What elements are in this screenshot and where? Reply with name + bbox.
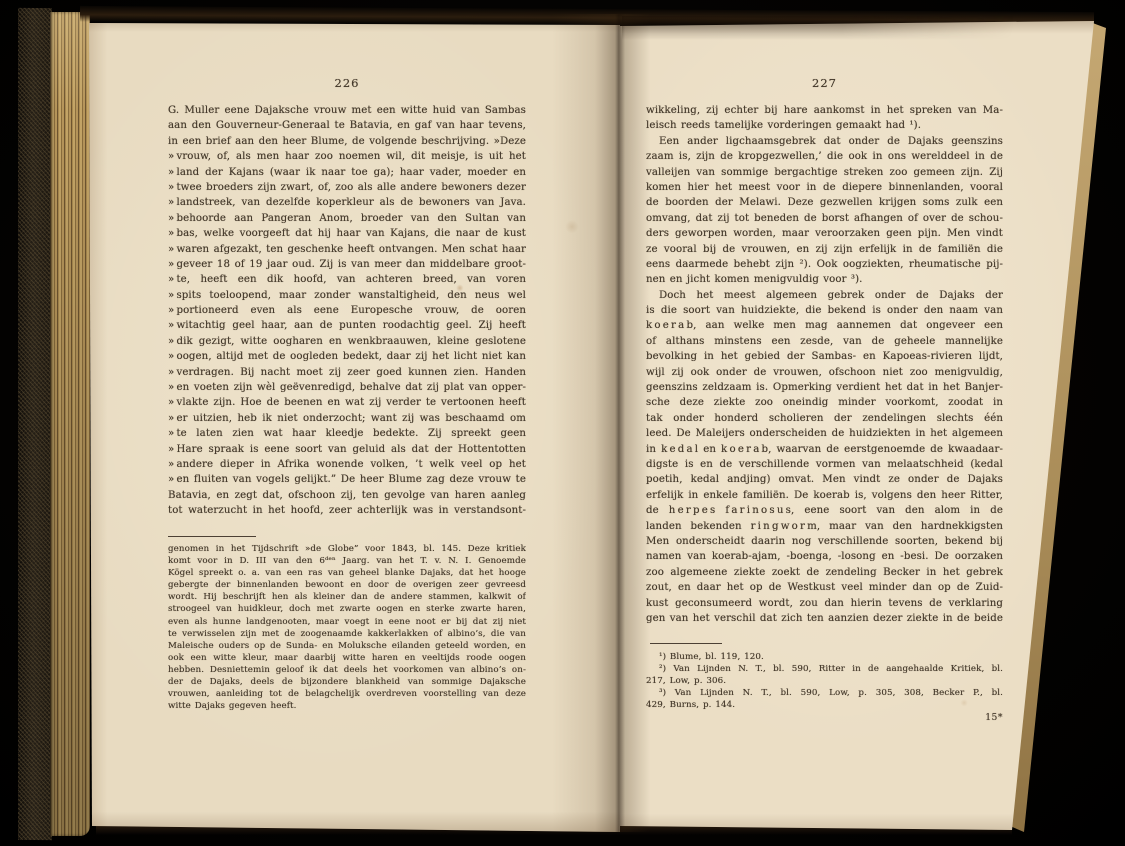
text-line: landen bekenden r i n g w o r m, maar va… bbox=[646, 519, 1003, 534]
text-line: komen hier het meest voor in de diepere … bbox=[646, 180, 1003, 195]
text-line: is die soort van huidziekte, die bekend … bbox=[646, 303, 1003, 318]
text-line: poetih, kedal andjing) omvat. Men vindt … bbox=[646, 472, 1003, 487]
text-line: tak onder honderd scholieren der zendeli… bbox=[646, 411, 1003, 426]
text-line: » vrouw, of, als men haar zoo noemen wil… bbox=[168, 149, 526, 164]
text-line: zout, en daar het op de Westkust veel mi… bbox=[646, 580, 1003, 595]
signature-mark: 15* bbox=[646, 712, 1031, 723]
text-line: zoo algemeene ziekte zoekt de zendeling … bbox=[646, 565, 1003, 580]
text-line: genomen in het Tijdschrift »de Globe” vo… bbox=[168, 543, 526, 555]
text-line: valleijen van sommige bergachtige streke… bbox=[646, 165, 1003, 180]
text-line: » spits toeloopend, maar zonder wanstalt… bbox=[168, 288, 526, 303]
text-line: 429, Burns, p. 144. bbox=[646, 699, 1003, 711]
text-line: gebergte der binnenlanden bewoont en doo… bbox=[168, 579, 526, 591]
text-line: aan den Gouverneur-Generaal te Batavia, … bbox=[168, 118, 526, 133]
text-line: » te, heeft een dik hoofd, van achteren … bbox=[168, 272, 526, 287]
text-line: of althans minstens een zesde, van de ge… bbox=[646, 334, 1003, 349]
text-line: » twee broeders zijn zwart, of, zoo als … bbox=[168, 180, 526, 195]
text-line: even als hunne landgenooten, maar voegt … bbox=[168, 616, 526, 628]
text-line: gen van het verschil dat zich ten aanzie… bbox=[646, 611, 1003, 626]
text-line: » andere dieper in Afrika wonende volken… bbox=[168, 457, 526, 472]
text-line: » dik gezigt, witte oogharen en wenkbraa… bbox=[168, 334, 526, 349]
text-line: wijl zij ook onder de vrouwen, ofschoon … bbox=[646, 365, 1003, 380]
text-line: ders geworpen worden, maar veroorzaken g… bbox=[646, 226, 1003, 241]
text-line: Een ander ligchaamsgebrek dat onder de D… bbox=[646, 134, 1003, 149]
left-footnote-separator bbox=[168, 536, 256, 537]
page-number-right: 227 bbox=[646, 76, 1003, 90]
text-line: Batavia, en zegt dat, ofschoon zij, ten … bbox=[168, 488, 526, 503]
book-cover-cloth-edge bbox=[18, 8, 52, 840]
text-line: » land der Kajans (waar ik naar toe ga);… bbox=[168, 165, 526, 180]
text-line: Kögel spreekt o. a. van een ras van gehe… bbox=[168, 567, 526, 579]
text-line: ook een witte kleur, maar daarbij witte … bbox=[168, 652, 526, 664]
text-line: leed. De Maleijers onderscheiden de huid… bbox=[646, 426, 1003, 441]
text-line: der de Dajaks, deels de bijzondere blank… bbox=[168, 676, 526, 688]
text-line: » verdragen. Bij nacht moet zij zeer goe… bbox=[168, 365, 526, 380]
gilt-page-edges bbox=[50, 12, 90, 836]
text-line: namen van koerab-ajam, -boenga, -losong … bbox=[646, 549, 1003, 564]
text-line: witte Dajaks gegeven heeft. bbox=[168, 700, 526, 712]
text-line: wikkeling, zij echter bij hare aankomst … bbox=[646, 103, 1003, 118]
text-line: kust geconsumeerd wordt, zou dan hierin … bbox=[646, 596, 1003, 611]
text-line: de h e r p e s f a r i n o s u s, eene s… bbox=[646, 503, 1003, 518]
text-line: ²) Van Lijnden N. T., bl. 590, Ritter in… bbox=[646, 663, 1003, 675]
text-line: » witachtig geel haar, aan de punten roo… bbox=[168, 318, 526, 333]
text-line: » oogen, altijd met de oogleden bedekt, … bbox=[168, 349, 526, 364]
text-line: digste is en de verschillende vormen van… bbox=[646, 457, 1003, 472]
text-line: » te laten zien wat haar kleedje bedekte… bbox=[168, 426, 526, 441]
text-line: ze vooral bij de vrouwen, en zij zijn er… bbox=[646, 242, 1003, 257]
text-line: » behoorde aan Pangeran Anom, broeder va… bbox=[168, 211, 526, 226]
book-photo: 226 G. Muller eene Dajaksche vrouw met e… bbox=[0, 0, 1125, 846]
text-line: ³) Van Lijnden N. T., bl. 590, Low, p. 3… bbox=[646, 687, 1003, 699]
text-line: zaam is, zijn de kropgezwellen,’ die ook… bbox=[646, 149, 1003, 164]
text-line: G. Muller eene Dajaksche vrouw met een w… bbox=[168, 103, 526, 118]
text-line: komt voor in D. III van den 6ᵈᵉⁿ Jaarg. … bbox=[168, 555, 526, 567]
text-line: leisch reeds tamelijke vorderingen gemaa… bbox=[646, 118, 1003, 133]
right-main-text: wikkeling, zij echter bij hare aankomst … bbox=[646, 103, 1003, 626]
left-main-text: G. Muller eene Dajaksche vrouw met een w… bbox=[168, 103, 526, 519]
text-line: ¹) Blume, bl. 119, 120. bbox=[646, 651, 1003, 663]
left-footnote-text: genomen in het Tijdschrift »de Globe” vo… bbox=[168, 543, 526, 712]
text-line: » er uitzien, heb ik niet onderzocht; wa… bbox=[168, 411, 526, 426]
text-line: » en voeten zijn wèl geëvenredigd, behal… bbox=[168, 380, 526, 395]
page-number-left: 226 bbox=[168, 76, 526, 90]
text-line: bevolking in het gebied der Sambas- en K… bbox=[646, 349, 1003, 364]
text-line: in k e d a l en k o e r a b, waarvan de … bbox=[646, 442, 1003, 457]
text-line: » geveer 18 of 19 jaar oud. Zij is van m… bbox=[168, 257, 526, 272]
text-line: nen en jicht komen menigvuldig voor ³). bbox=[646, 272, 1003, 287]
text-line: eens daarmede behebt zijn ²). Ook oogzie… bbox=[646, 257, 1003, 272]
text-line: » vlakte zijn. Hoe de beenen en wat zij … bbox=[168, 395, 526, 410]
text-line: omvang, dat zij tot beneden de borst afh… bbox=[646, 211, 1003, 226]
right-footnote-text: ¹) Blume, bl. 119, 120.²) Van Lijnden N.… bbox=[646, 651, 1003, 711]
text-line: sche deze ziekte zoo oneindig minder voo… bbox=[646, 395, 1003, 410]
text-line: tot waterzucht in het hoofd, zeer achter… bbox=[168, 503, 526, 518]
text-line: k o e r a b, aan welke men mag aannemen … bbox=[646, 318, 1003, 333]
text-line: vrouwen, aanleiding tot de belagchelijk … bbox=[168, 688, 526, 700]
text-line: te verwisselen zijn met de zoogenaamde k… bbox=[168, 628, 526, 640]
text-line: » landstreek, van dezelfde koperkleur al… bbox=[168, 195, 526, 210]
right-footnote-separator bbox=[650, 643, 722, 644]
text-line: Maleische ouders op de Sunda- en Moluksc… bbox=[168, 640, 526, 652]
text-line: 217, Low, p. 306. bbox=[646, 675, 1003, 687]
text-line: de boorden der Melawi. Deze gezwellen kr… bbox=[646, 195, 1003, 210]
text-line: hebben. Desniettemin geloof ik dat deels… bbox=[168, 664, 526, 676]
text-line: Doch het meest algemeen gebrek onder de … bbox=[646, 288, 1003, 303]
text-line: » waren afgezakt, ten geschenke heeft on… bbox=[168, 242, 526, 257]
text-line: stroogeel van huidkleur, doch met zwarte… bbox=[168, 603, 526, 615]
text-line: geenszins zeldzaam is. Opmerking verdien… bbox=[646, 380, 1003, 395]
text-line: » en fluiten van vogels gelijkt.” De hee… bbox=[168, 472, 526, 487]
text-line: wordt. Hij beschrijft hen als kleiner da… bbox=[168, 591, 526, 603]
text-line: » bas, welke voorgeeft dat hij haar van … bbox=[168, 226, 526, 241]
text-line: » Hare spraak is eene soort van geluid a… bbox=[168, 442, 526, 457]
text-line: in een brief aan den heer Blume, de volg… bbox=[168, 134, 526, 149]
text-line: Men onderscheidt daarin nog verschillend… bbox=[646, 534, 1003, 549]
text-line: » portioneerd even als eene Europesche v… bbox=[168, 303, 526, 318]
text-line: erfelijk in enkele familiën. De koerab i… bbox=[646, 488, 1003, 503]
